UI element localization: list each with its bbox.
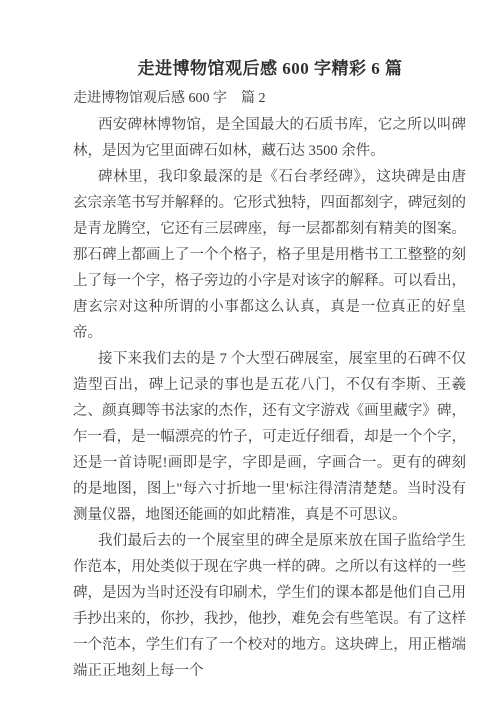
document-body: 走进博物馆观后感 600 字 篇 2 西安碑林博物馆，是全国最大的石质书库，它之… (73, 86, 466, 684)
paragraph-intro: 西安碑林博物馆，是全国最大的石质书库，它之所以叫碑林，是因为它里面碑石如林，藏石… (73, 112, 466, 164)
document-title: 走进博物馆观后感 600 字精彩 6 篇 (70, 57, 470, 81)
paragraph-shitai-stele: 碑林里，我印象最深的是《石台孝经碑》，这块碑是由唐玄宗亲笔书写并解释的。它形式独… (73, 164, 466, 346)
paragraph-exhibit-rooms: 接下来我们去的是 7 个大型石碑展室，展室里的石碑不仅造型百出，碑上记录的事也是… (73, 346, 466, 528)
section-heading: 走进博物馆观后感 600 字 篇 2 (73, 86, 466, 112)
document-page: 走进博物馆观后感 600 字精彩 6 篇 走进博物馆观后感 600 字 篇 2 … (0, 0, 500, 707)
paragraph-last-room: 我们最后去的一个展室里的碑全是原来放在国子监给学生作范本，用处类似于现在字典一样… (73, 528, 466, 684)
